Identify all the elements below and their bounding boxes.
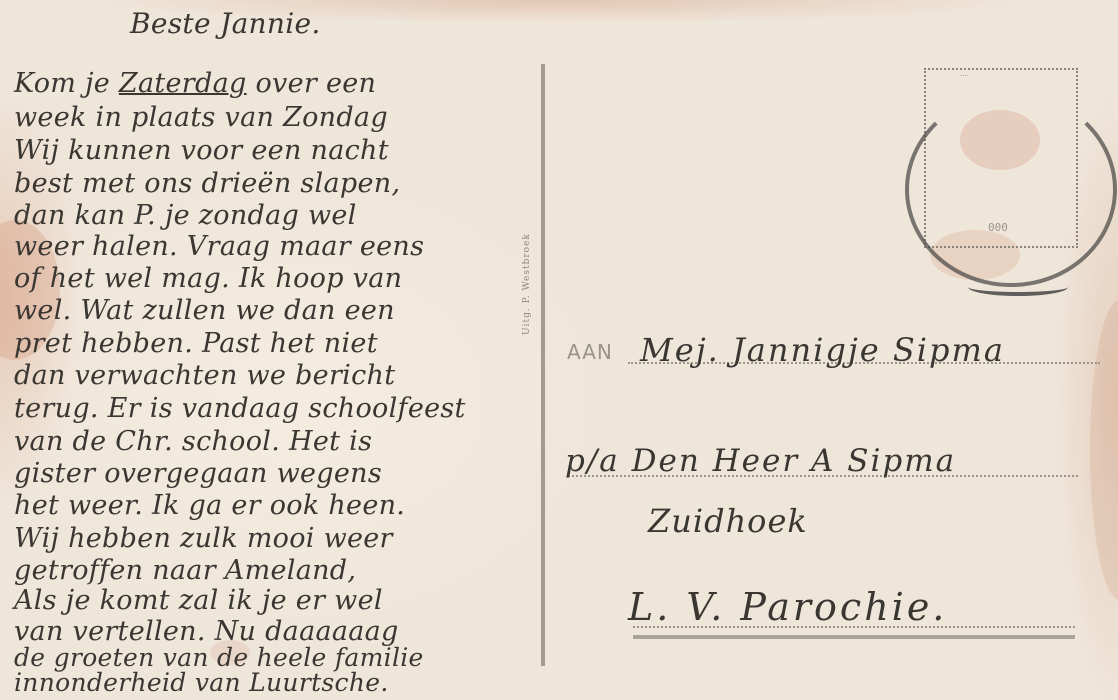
message-line: gister overgegaan wegens xyxy=(14,460,382,487)
message-line: van de Chr. school. Het is xyxy=(14,428,372,455)
address-solid-line xyxy=(633,635,1075,639)
message-line: innonderheid van Luurtsche. xyxy=(14,670,389,695)
message-line: dan kan P. je zondag wel xyxy=(14,202,357,229)
address-line-recipient: Mej. Jannigje Sipma xyxy=(640,334,1005,366)
message-line: of het wel mag. Ik hoop van xyxy=(14,265,402,292)
underlined-word: Zaterdag xyxy=(119,68,247,99)
message-line: Wij hebben zulk mooi weer xyxy=(14,525,393,552)
message-line: Kom je Zaterdag over een Kom je Zaterdag… xyxy=(14,70,376,97)
address-line-care-of: p/a Den Heer A Sipma xyxy=(565,446,956,477)
message-line: van vertellen. Nu daaaaaag xyxy=(14,618,399,645)
stain xyxy=(1090,300,1118,600)
message-line: wel. Wat zullen we dan een xyxy=(14,297,395,324)
message-line: het weer. Ik ga er ook heen. xyxy=(14,492,405,519)
center-divider xyxy=(541,64,545,666)
message-line: terug. Er is vandaag schoolfeest xyxy=(14,395,466,422)
publisher-imprint: Uitg. P. Westbroek xyxy=(522,233,532,335)
message-line: weer halen. Vraag maar eens xyxy=(14,233,424,260)
address-line-town: L. V. Parochie. xyxy=(628,588,947,626)
message-line: dan verwachten we bericht xyxy=(14,362,395,389)
message-line: Als je komt zal ik je er wel xyxy=(14,587,383,614)
message-line: pret hebben. Past het niet xyxy=(14,330,378,357)
postmark-circle-icon xyxy=(905,92,1117,287)
message-line: de groeten van de heele familie xyxy=(14,645,424,670)
address-line-street: Zuidhoek xyxy=(648,505,808,537)
message-line: best met ons drieën slapen, xyxy=(14,170,400,197)
message-line-part: over een xyxy=(247,68,377,99)
postmark-arc-icon xyxy=(968,278,1068,296)
greeting: Beste Jannie. xyxy=(130,10,321,38)
message-line: Wij kunnen voor een nacht xyxy=(14,137,389,164)
stamp-box-text: ···· xyxy=(960,72,969,80)
message-line: week in plaats van Zondag xyxy=(14,104,388,131)
postcard-back: Beste Jannie. Kom je Zaterdag over een K… xyxy=(0,0,1118,700)
message-line-part: Kom je xyxy=(14,68,119,99)
message-line: getroffen naar Ameland, xyxy=(14,557,356,584)
address-label: AAN xyxy=(567,340,613,364)
